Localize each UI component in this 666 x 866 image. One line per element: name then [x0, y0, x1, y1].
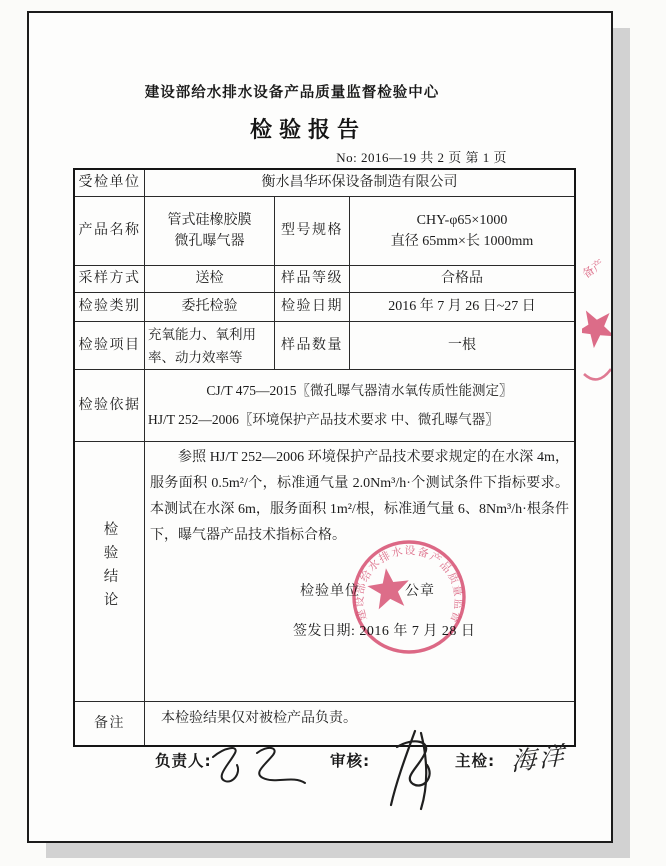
basis-value: CJ/T 475—2015〖微孔曝气器清水氧传质性能测定〗 HJ/T 252—2…	[145, 370, 574, 442]
official-seal-stamp-icon: 建设部给水排水设备产品质量监督检验中心	[338, 526, 480, 668]
review-signature-icon	[381, 727, 445, 813]
date-label: 检验日期	[275, 293, 350, 322]
chief-label: 主检:	[455, 749, 495, 771]
edge-seal-fragment-text: 备产	[582, 256, 607, 281]
report-number-line: No: 2016—19 共 2 页 第 1 页	[336, 147, 507, 166]
quantity-value: 一根	[350, 322, 574, 370]
basis-label: 检验依据	[75, 370, 145, 442]
chief-signature: 海洋	[511, 735, 567, 778]
date-value: 2016 年 7 月 26 日~27 日	[350, 293, 574, 322]
product-name-value: 管式硅橡胶膜 微孔曝气器	[145, 197, 275, 266]
basis-line1: CJ/T 475—2015〖微孔曝气器清水氧传质性能测定〗	[145, 381, 574, 401]
model-line2: 直径 65mm×长 1000mm	[391, 232, 533, 252]
sampling-value: 送检	[145, 266, 275, 293]
grade-label: 样品等级	[275, 266, 350, 293]
model-line1: CHY-φ65×1000	[417, 211, 508, 231]
product-name-label: 产品名称	[75, 197, 145, 266]
responsible-signature-icon	[205, 739, 311, 797]
category-value: 委托检验	[145, 293, 275, 322]
edge-seal-star-icon	[582, 306, 612, 351]
model-label: 型号规格	[275, 197, 350, 266]
category-label: 检验类别	[75, 293, 145, 322]
edge-seal-fragment-icon: 备产	[582, 248, 612, 404]
grade-value: 合格品	[350, 266, 574, 293]
remark-label: 备注	[75, 702, 145, 745]
product-name-line2: 微孔曝气器	[175, 232, 245, 252]
inspected-unit-label: 受检单位	[75, 170, 145, 197]
org-title: 建设部给水排水设备产品质量监督检验中心	[27, 81, 583, 102]
conclusion-label: 检验结论	[100, 521, 120, 615]
inspected-unit-value: 衡水昌华环保设备制造有限公司	[145, 170, 574, 197]
items-value: 充氧能力、氧利用率、动力效率等	[145, 322, 275, 370]
quantity-label: 样品数量	[275, 322, 350, 370]
report-page: 建设部给水排水设备产品质量监督检验中心 检验报告 No: 2016—19 共 2…	[27, 11, 613, 843]
report-table: 受检单位 衡水昌华环保设备制造有限公司 产品名称 管式硅橡胶膜 微孔曝气器 型号…	[73, 168, 576, 747]
responsible-label: 负责人:	[155, 749, 212, 771]
review-label: 审核:	[330, 749, 370, 771]
sampling-label: 采样方式	[75, 266, 145, 293]
report-title: 检验报告	[27, 113, 599, 144]
items-label: 检验项目	[75, 322, 145, 370]
model-value: CHY-φ65×1000 直径 65mm×长 1000mm	[350, 197, 574, 266]
conclusion-cell: 参照 HJ/T 252—2006 环境保护产品技术要求规定的在水深 4m，服务面…	[145, 442, 574, 702]
product-name-line1: 管式硅橡胶膜	[168, 211, 252, 231]
basis-line2: HJ/T 252—2006〖环境保护产品技术要求 中、微孔曝气器〗	[145, 410, 574, 430]
conclusion-label-cell: 检验结论	[75, 442, 145, 702]
